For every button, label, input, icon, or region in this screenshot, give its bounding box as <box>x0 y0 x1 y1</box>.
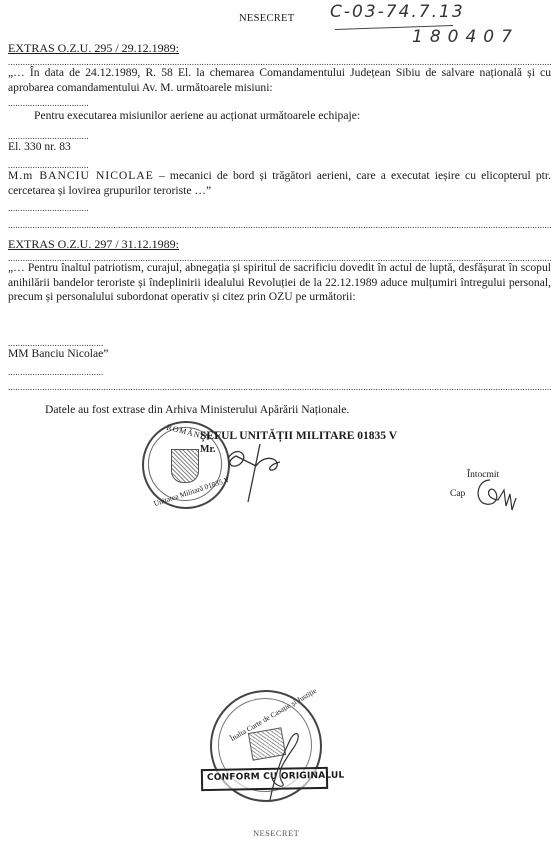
extract-2-paragraph: „… Pentru înaltul patriotism, curajul, a… <box>8 261 551 305</box>
classification-header: NESECRET <box>239 12 294 26</box>
extract-1-crew-entry: M.m BANCIU NICOLAE – mecanici de bord și… <box>8 168 551 198</box>
dotted-separator: ........................................… <box>8 133 88 139</box>
dotted-separator: ........................................… <box>8 100 88 106</box>
extract-1-crews-line: Pentru executarea misiunilor aeriene au … <box>34 109 360 123</box>
extract-2-name: MM Banciu Nicolae” <box>8 347 108 361</box>
signatory-rank: Mr. <box>200 443 215 457</box>
prepared-by-rank: Cap <box>450 487 465 501</box>
dotted-separator: ........................................… <box>8 384 551 390</box>
dotted-separator: ........................................… <box>8 222 551 228</box>
coat-of-arms-icon <box>171 449 199 483</box>
crew-name: M.m BANCIU NICOLAE <box>8 169 154 182</box>
dotted-separator: ........................................… <box>8 205 88 211</box>
classification-footer: NESECRET <box>253 826 299 840</box>
certifier-signature-icon <box>240 720 310 810</box>
preparer-signature-icon <box>470 476 520 516</box>
extract-1-paragraph: „… În data de 24.12.1989, R. 58 El. la c… <box>8 65 551 95</box>
commander-signature-icon <box>220 440 290 510</box>
extract-1-title: EXTRAS O.Z.U. 295 / 29.12.1989: <box>8 41 179 55</box>
dotted-separator: ........................................… <box>8 369 103 375</box>
extract-2-title: EXTRAS O.Z.U. 297 / 31.12.1989: <box>8 237 179 251</box>
dotted-separator: ........................................… <box>8 340 103 346</box>
archive-source-note: Datele au fost extrase din Arhiva Minist… <box>45 403 349 417</box>
handwritten-reference-number: C-03-74.7.13 <box>330 2 465 22</box>
extract-1-aircraft: El. 330 nr. 83 <box>8 140 71 154</box>
handwritten-registration-number: 180407 <box>412 27 519 47</box>
